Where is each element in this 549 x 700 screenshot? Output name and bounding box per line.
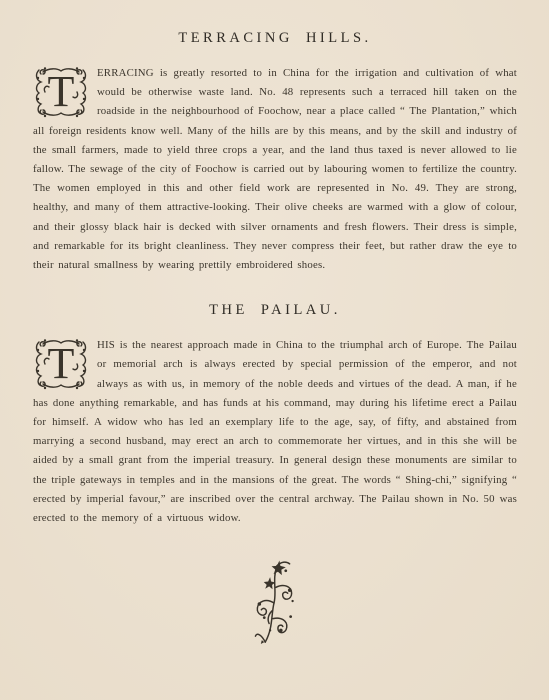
floral-spray-icon bbox=[253, 558, 297, 646]
ornate-initial-t-icon: T bbox=[33, 66, 89, 118]
section-the-pailau: THE PAILAU. bbox=[33, 302, 517, 528]
section-title-terracing-hills: TERRACING HILLS. bbox=[33, 30, 517, 47]
floral-tailpiece-ornament bbox=[33, 558, 517, 646]
section-body-terracing-hills: T ERRACING is greatly resorted to in Chi… bbox=[33, 64, 517, 275]
dropcap-letter: T bbox=[47, 339, 74, 388]
section-body-text: HIS is the nearest approach made in Chin… bbox=[33, 339, 517, 524]
dropcap-letter: T bbox=[47, 67, 74, 116]
ornate-initial-t-icon: T bbox=[33, 338, 89, 390]
book-page: TERRACING HILLS. bbox=[0, 0, 549, 700]
section-body-text: ERRACING is greatly resorted to in China… bbox=[33, 67, 517, 271]
section-terracing-hills: TERRACING HILLS. bbox=[33, 30, 517, 275]
section-body-the-pailau: T HIS is the nearest approach made in Ch… bbox=[33, 336, 517, 528]
section-title-the-pailau: THE PAILAU. bbox=[33, 302, 517, 319]
